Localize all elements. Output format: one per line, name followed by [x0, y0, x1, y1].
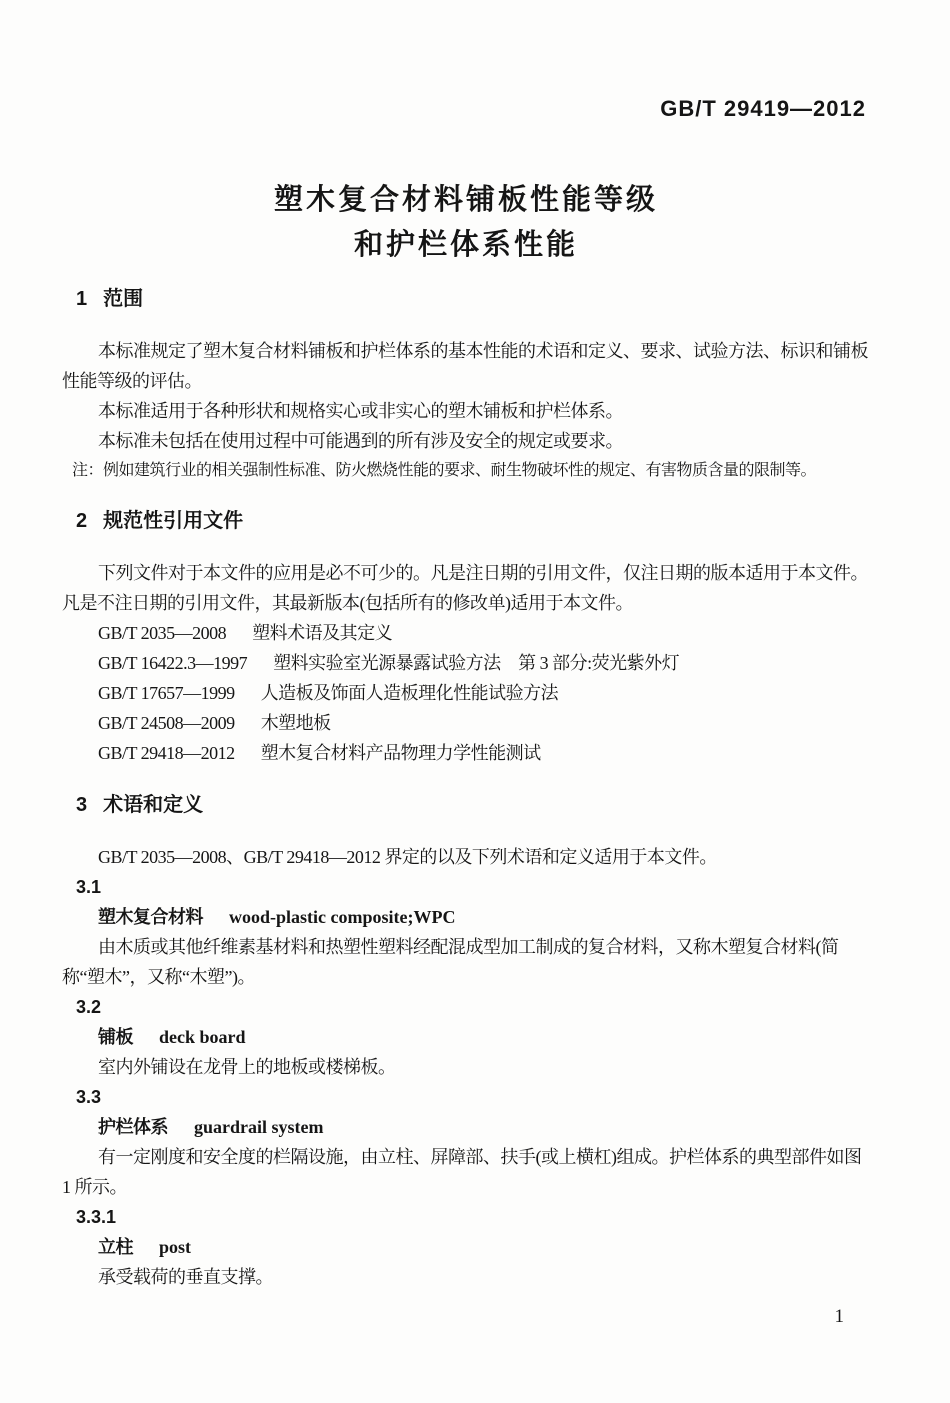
reference-title: 塑木复合材料产品物理力学性能测试	[261, 743, 541, 763]
title-line-1: 塑木复合材料铺板性能等级	[62, 178, 870, 223]
reference-title: 人造板及饰面人造板理化性能试验方法	[261, 683, 559, 703]
standard-number: GB/T 29419—2012	[62, 96, 870, 122]
section-heading-title: 规范性引用文件	[103, 510, 243, 532]
term-chinese: 铺板	[98, 1027, 133, 1047]
reference-item: GB/T 24508—2009木塑地板	[62, 708, 870, 738]
clause-number: 3.3.1	[76, 1202, 870, 1232]
clause-number: 3.3	[76, 1082, 870, 1112]
reference-title: 塑料实验室光源暴露试验方法 第 3 部分:荧光紫外灯	[273, 653, 679, 673]
paragraph: 下列文件对于本文件的应用是必不可少的。凡是注日期的引用文件，仅注日期的版本适用于…	[62, 558, 870, 618]
paragraph: 承受载荷的垂直支撑。	[62, 1262, 870, 1292]
section-heading: 3术语和定义	[76, 792, 870, 818]
document-page: GB/T 29419—2012 塑木复合材料铺板性能等级 和护栏体系性能 1范围…	[0, 0, 950, 1403]
section-heading-number: 2	[76, 510, 87, 532]
paragraph: 室内外铺设在龙骨上的地板或楼梯板。	[62, 1052, 870, 1082]
term-english: post	[159, 1237, 191, 1257]
paragraph: 本标准未包括在使用过程中可能遇到的所有涉及安全的规定或要求。	[62, 426, 870, 456]
document-title: 塑木复合材料铺板性能等级 和护栏体系性能	[62, 178, 870, 268]
clause-number: 3.1	[76, 872, 870, 902]
paragraph: GB/T 2035—2008、GB/T 29418—2012 界定的以及下列术语…	[62, 842, 870, 872]
term-english: deck board	[159, 1027, 246, 1047]
clause-number: 3.2	[76, 992, 870, 1022]
document-body: 1范围本标准规定了塑木复合材料铺板和护栏体系的基本性能的术语和定义、要求、试验方…	[62, 286, 870, 1292]
term-line: 立柱post	[62, 1232, 870, 1262]
note: 注：例如建筑行业的相关强制性标准、防火燃烧性能的要求、耐生物破坏性的规定、有害物…	[62, 458, 870, 484]
section-heading-title: 术语和定义	[103, 794, 203, 816]
section-heading-title: 范围	[103, 288, 143, 310]
term-english: guardrail system	[194, 1117, 324, 1137]
reference-item: GB/T 17657—1999人造板及饰面人造板理化性能试验方法	[62, 678, 870, 708]
paragraph: 由木质或其他纤维素基材料和热塑性塑料经配混成型加工制成的复合材料，又称木塑复合材…	[62, 932, 870, 992]
reference-code: GB/T 16422.3—1997	[98, 653, 247, 673]
reference-code: GB/T 2035—2008	[98, 623, 226, 643]
reference-item: GB/T 2035—2008塑料术语及其定义	[62, 618, 870, 648]
paragraph: 有一定刚度和安全度的栏隔设施，由立柱、屏障部、扶手(或上横杠)组成。护栏体系的典…	[62, 1142, 870, 1202]
page-number: 1	[835, 1306, 845, 1328]
term-chinese: 塑木复合材料	[98, 907, 203, 927]
term-chinese: 立柱	[98, 1237, 133, 1257]
reference-code: GB/T 29418—2012	[98, 743, 235, 763]
paragraph: 本标准适用于各种形状和规格实心或非实心的塑木铺板和护栏体系。	[62, 396, 870, 426]
term-chinese: 护栏体系	[98, 1117, 168, 1137]
section-heading: 1范围	[76, 286, 870, 312]
title-line-2: 和护栏体系性能	[62, 223, 870, 268]
reference-title: 塑料术语及其定义	[252, 623, 392, 643]
reference-item: GB/T 16422.3—1997塑料实验室光源暴露试验方法 第 3 部分:荧光…	[62, 648, 870, 678]
reference-item: GB/T 29418—2012塑木复合材料产品物理力学性能测试	[62, 738, 870, 768]
term-line: 塑木复合材料wood-plastic composite;WPC	[62, 902, 870, 932]
term-line: 护栏体系guardrail system	[62, 1112, 870, 1142]
term-english: wood-plastic composite;WPC	[229, 907, 455, 927]
reference-code: GB/T 24508—2009	[98, 713, 235, 733]
reference-code: GB/T 17657—1999	[98, 683, 235, 703]
section-heading-number: 3	[76, 794, 87, 816]
term-line: 铺板deck board	[62, 1022, 870, 1052]
section-heading: 2规范性引用文件	[76, 508, 870, 534]
paragraph: 本标准规定了塑木复合材料铺板和护栏体系的基本性能的术语和定义、要求、试验方法、标…	[62, 336, 870, 396]
section-heading-number: 1	[76, 288, 87, 310]
reference-title: 木塑地板	[261, 713, 331, 733]
